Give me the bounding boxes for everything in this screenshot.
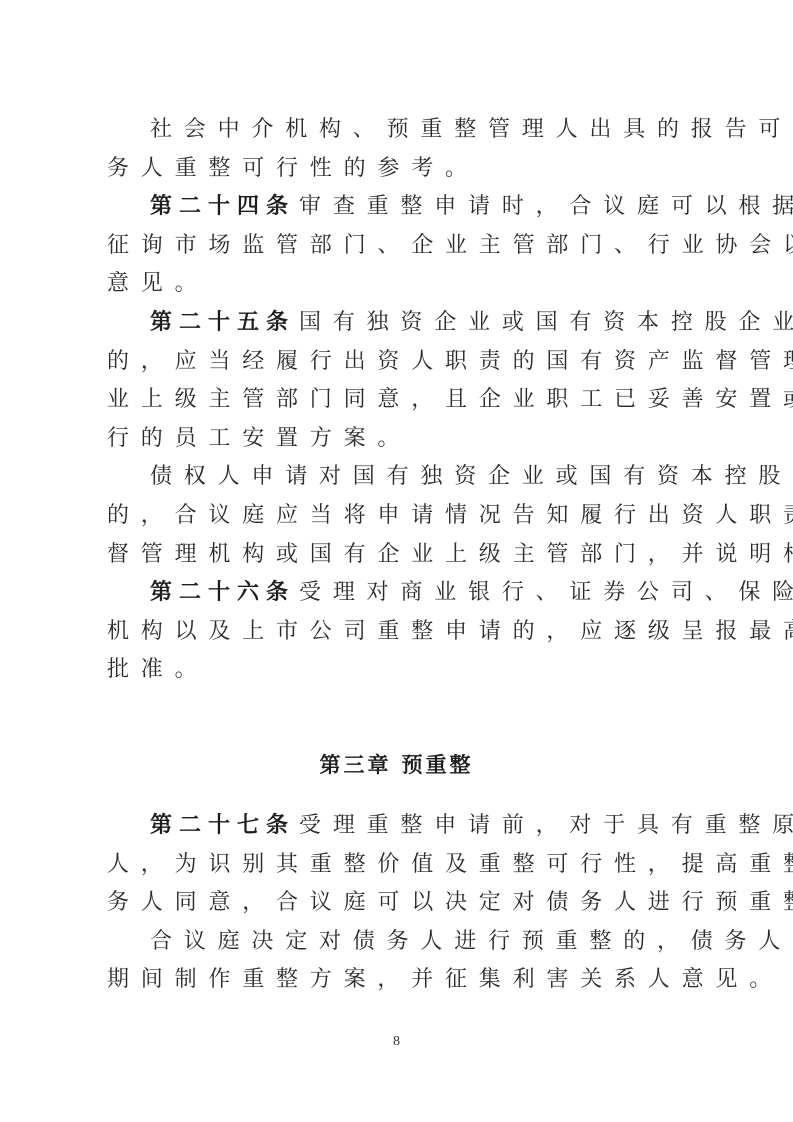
article-text: 国有独资企业或国有资本控股企业申请重整	[299, 310, 793, 335]
document-body-part2: 第二十七条受理重整申请前，对于具有重整原因的债务 人，为识别其重整价值及重整可行…	[107, 807, 707, 1000]
text-line: 批准。	[107, 651, 707, 690]
text-line: 征询市场监管部门、企业主管部门、行业协会以及行业专家的	[107, 227, 707, 266]
paragraph-creditor-application: 债权人申请对国有独资企业或国有资本控股企业进行重整 的，合议庭应当将申请情况告知…	[107, 458, 707, 574]
text-line: 机构以及上市公司重整申请的，应逐级呈报最高人民法院审核	[107, 613, 707, 652]
article-27: 第二十七条受理重整申请前，对于具有重整原因的债务 人，为识别其重整价值及重整可行…	[107, 807, 707, 923]
page-number: 8	[0, 1034, 793, 1050]
article-label: 第二十七条	[150, 813, 295, 838]
article-label: 第二十六条	[150, 580, 295, 605]
article-first-line: 第二十五条国有独资企业或国有资本控股企业申请重整	[107, 304, 707, 343]
article-text: 受理对商业银行、证券公司、保险公司等金融	[299, 580, 793, 605]
paragraph-intermediary-report: 社会中介机构、预重整管理人出具的报告可以作为判断债 务人重整可行性的参考。	[107, 111, 707, 188]
article-label: 第二十四条	[150, 194, 295, 219]
text-line: 人，为识别其重整价值及重整可行性，提高重整成功率，经债	[107, 846, 707, 885]
text-line: 行的员工安置方案。	[107, 420, 707, 459]
document-body-part1: 社会中介机构、预重整管理人出具的报告可以作为判断债 务人重整可行性的参考。 第二…	[107, 111, 707, 690]
chapter-heading: 第三章预重整	[0, 746, 793, 784]
article-24: 第二十四条审查重整申请时，合议庭可以根据案件情况， 征询市场监管部门、企业主管部…	[107, 188, 707, 304]
text-line: 的，合议庭应当将申请情况告知履行出资人职责的国有资产监	[107, 497, 707, 536]
article-26: 第二十六条受理对商业银行、证券公司、保险公司等金融 机构以及上市公司重整申请的，…	[107, 574, 707, 690]
text-line: 务人重整可行性的参考。	[107, 150, 707, 189]
text-line: 务人同意，合议庭可以决定对债务人进行预重整。	[107, 884, 707, 923]
article-text: 受理重整申请前，对于具有重整原因的债务	[299, 813, 793, 838]
text-line: 意见。	[107, 265, 707, 304]
article-label: 第二十五条	[150, 310, 295, 335]
text-line: 督管理机构或国有企业上级主管部门，并说明相应法律责任。	[107, 536, 707, 575]
text-line: 社会中介机构、预重整管理人出具的报告可以作为判断债	[107, 111, 707, 150]
text-line: 债权人申请对国有独资企业或国有资本控股企业进行重整	[107, 458, 707, 497]
article-first-line: 第二十六条受理对商业银行、证券公司、保险公司等金融	[107, 574, 707, 613]
text-line: 期间制作重整方案，并征集利害关系人意见。	[107, 961, 707, 1000]
article-first-line: 第二十四条审查重整申请时，合议庭可以根据案件情况，	[107, 188, 707, 227]
text-line: 业上级主管部门同意，且企业职工已妥善安置或已制定切实可	[107, 381, 707, 420]
paragraph-pre-reorganization: 合议庭决定对债务人进行预重整的，债务人应当在预重整 期间制作重整方案，并征集利害…	[107, 923, 707, 1000]
article-25: 第二十五条国有独资企业或国有资本控股企业申请重整 的，应当经履行出资人职责的国有…	[107, 304, 707, 458]
article-text: 审查重整申请时，合议庭可以根据案件情况，	[299, 194, 793, 219]
text-line: 合议庭决定对债务人进行预重整的，债务人应当在预重整	[107, 923, 707, 962]
article-first-line: 第二十七条受理重整申请前，对于具有重整原因的债务	[107, 807, 707, 846]
chapter-title: 预重整	[402, 753, 474, 777]
text-line: 的，应当经履行出资人职责的国有资产监督管理机构或国有企	[107, 343, 707, 382]
chapter-number: 第三章	[320, 753, 392, 777]
